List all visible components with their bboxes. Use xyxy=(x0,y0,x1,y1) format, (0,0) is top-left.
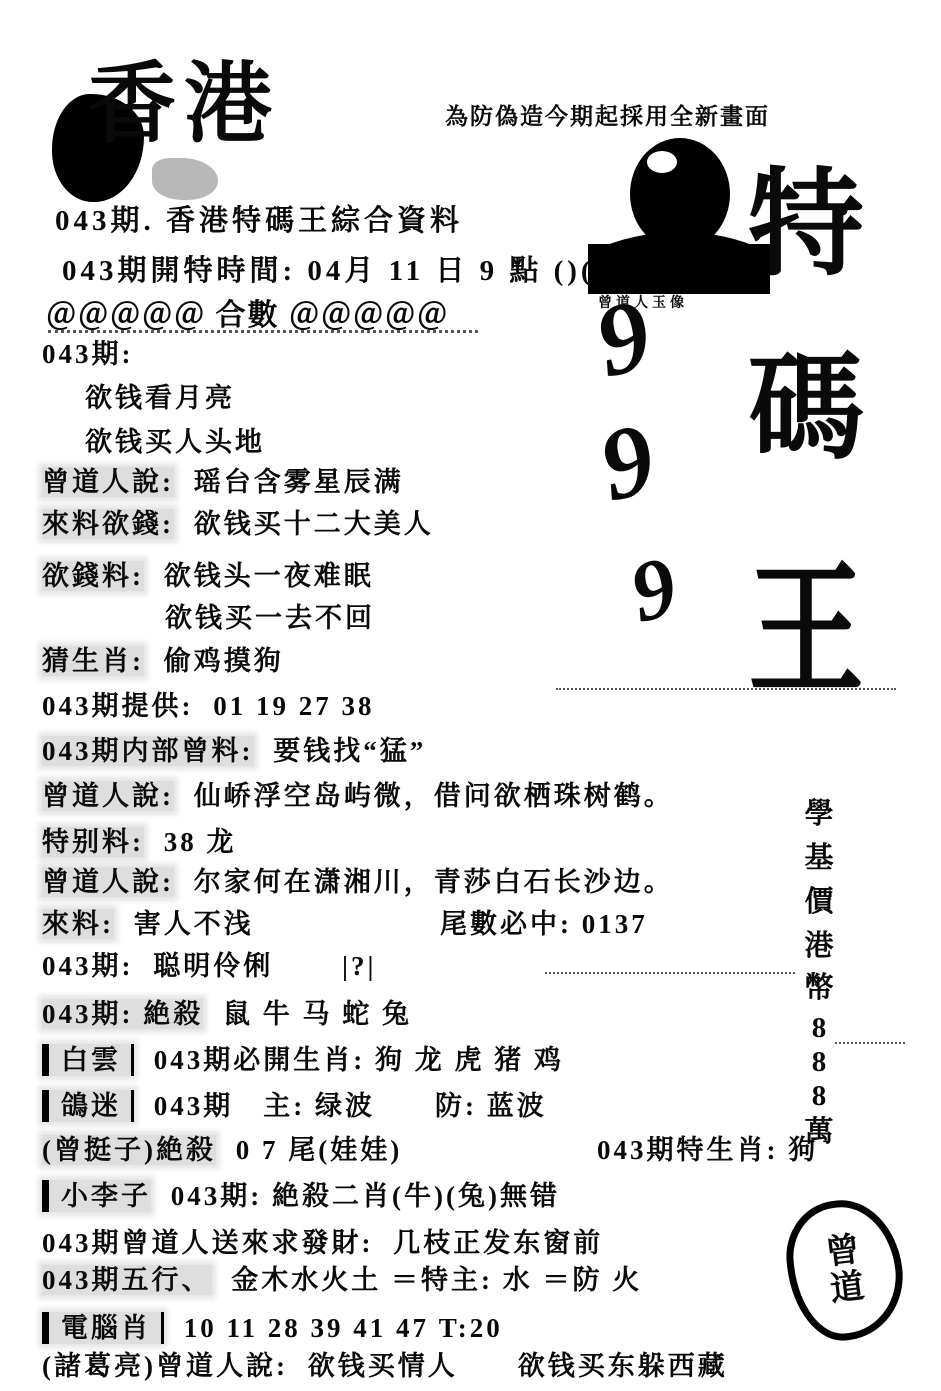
line-text: 38 龙 xyxy=(164,827,237,857)
content-line: 來料欲錢: 欲钱买十二大美人 xyxy=(42,508,434,540)
line-text: 0 7 尾(娃娃) xyxy=(236,1135,402,1165)
content-line: 欲錢料: 欲钱头一夜难眠 xyxy=(42,560,374,592)
sheet-title: 香港特碼王綜合資料 xyxy=(166,205,463,237)
content-line: 鴿迷 043期 主: 绿波 防: 蓝波 xyxy=(42,1090,547,1122)
line-label: 電腦肖 xyxy=(42,1312,164,1344)
content-line: 白雲 043期必開生肖: 狗 龙 虎 猪 鸡 xyxy=(42,1044,564,1076)
side-column-char: 學 xyxy=(796,800,842,829)
content-line: 來料: 害人不浅 尾數必中: 0137 xyxy=(42,908,254,940)
content-line: 欲钱买人头地 xyxy=(85,426,265,458)
anti-forgery-slogan: 為防偽造今期起採用全新畫面 xyxy=(445,98,770,131)
portrait-image xyxy=(588,136,770,294)
line-text: 欲钱看月亮 xyxy=(85,383,235,413)
line-text: 01 19 27 38 xyxy=(213,691,374,721)
content-line: 曾道人說: 尔家何在潇湘川，青莎白石长沙边。 xyxy=(42,866,674,898)
content-line: 欲钱看月亮 xyxy=(85,382,235,414)
side-column-char: 港 xyxy=(796,932,842,961)
tail-numbers-must-hit: 尾數必中: 0137 xyxy=(440,908,648,940)
line-label: 043期曾道人送來求發財: xyxy=(42,1228,374,1258)
line-text: 要钱找“猛” xyxy=(273,736,426,766)
line-text: 瑶台含雾星辰满 xyxy=(194,467,404,497)
special-zodiac: 043期特生肖: 狗 xyxy=(597,1134,818,1166)
scan-artifact-dots xyxy=(556,688,896,690)
side-column-char: 幣 xyxy=(796,974,842,1003)
content-line: (曾挺子)絶殺 0 7 尾(娃娃) 043期特生肖: 狗 xyxy=(42,1134,402,1166)
line-label: 鴿迷 xyxy=(42,1090,134,1122)
scan-artifact-dots xyxy=(545,972,795,974)
line-text: 仙峤浮空岛屿微，借问欲栖珠树鹤。 xyxy=(194,781,674,811)
line-label: 白雲 xyxy=(42,1044,134,1076)
line-text: 害人不浅 xyxy=(134,909,254,939)
portrait-silhouette xyxy=(588,136,770,294)
question-mark-box: |?| xyxy=(342,950,376,982)
content-line: 欲钱买一去不回 xyxy=(165,602,375,634)
line-label: 043期: xyxy=(42,339,134,369)
line-text: 尔家何在潇湘川，青莎白石长沙边。 xyxy=(194,867,674,897)
seal-char-1: 曾 xyxy=(824,1231,862,1272)
line-text: 欲钱头一夜难眠 xyxy=(164,561,374,591)
scan-artifact-dots xyxy=(835,1042,905,1044)
draw-time-label: 043期開特時間: xyxy=(62,255,296,287)
line-text: 欲钱买人头地 xyxy=(85,427,265,457)
title-line: 043期. 香港特碼王綜合資料 xyxy=(55,198,463,239)
line-text: 欲钱买一去不回 xyxy=(165,603,375,633)
content-line: 特别料: 38 龙 xyxy=(42,826,237,858)
line-label: 043期提供: xyxy=(42,691,194,721)
content-line: 曾道人說: 瑶台含雾星辰满 xyxy=(42,466,404,498)
draw-time-line: 043期開特時間: 04月 11 日 9 點 ()() 分 xyxy=(62,248,652,289)
content-line: 猜生肖: 偷鸡摸狗 xyxy=(42,645,284,677)
content-line: 043期提供: 01 19 27 38 xyxy=(42,690,375,722)
seal-char-2: 道 xyxy=(828,1268,866,1309)
line-text: 043期必開生肖: 狗 龙 虎 猪 鸡 xyxy=(154,1045,564,1075)
content-line: 043期: xyxy=(42,338,144,370)
nine-digit-2: 9 xyxy=(590,407,664,518)
masthead-logo: 香港 xyxy=(88,62,280,150)
line-text: 鼠 牛 马 蛇 兔 xyxy=(223,999,412,1029)
vertical-title-char-3: 王 xyxy=(748,561,864,706)
side-column-digit: 8 xyxy=(796,1048,842,1077)
at-symbols-left: ＠＠＠＠＠ xyxy=(46,299,206,332)
side-column-digit: 8 xyxy=(796,1082,842,1111)
line-label: (曾挺子)絶殺 xyxy=(42,1135,216,1165)
line-label: 曾道人說: xyxy=(42,867,174,897)
line-label: 043期: xyxy=(42,951,134,981)
ink-smudge xyxy=(152,158,218,200)
scanned-tip-sheet: 香港 為防偽造今期起採用全新畫面 043期. 香港特碼王綜合資料 043期開特時… xyxy=(0,0,941,1391)
line-label: 欲錢料: xyxy=(42,561,144,591)
content-line: 曾道人說: 仙峤浮空岛屿微，借问欲栖珠树鹤。 xyxy=(42,780,674,812)
content-line: (諸葛亮)曾道人說: 欲钱买情人 欲钱买东躲西藏 xyxy=(42,1350,728,1382)
line-label: 曾道人說: xyxy=(42,467,174,497)
line-label: 043期五行、 xyxy=(42,1265,212,1295)
line-label: 043期内部曾料: xyxy=(42,736,254,766)
line-label: 特别料: xyxy=(42,827,144,857)
content-line: 043期: 絶殺 鼠 牛 马 蛇 兔 xyxy=(42,998,412,1030)
line-text: 金木水火土 ＝特主: 水 ＝防 火 xyxy=(231,1265,642,1295)
line-label: 小李子 xyxy=(42,1180,151,1212)
content-line: 043期: 聪明伶俐 |?| xyxy=(42,950,273,982)
line-text: 043期 主: 绿波 防: 蓝波 xyxy=(154,1091,547,1121)
nine-digit-3: 9 xyxy=(622,542,685,636)
side-column-digit: 8 xyxy=(796,1014,842,1043)
line-text: 欲钱买十二大美人 xyxy=(194,509,434,539)
line-label: 來料: xyxy=(42,909,114,939)
content-line: 電腦肖 10 11 28 39 41 47 T:20 xyxy=(42,1312,503,1344)
scan-artifact-dots xyxy=(48,330,478,333)
at-symbols-right: ＠＠＠＠＠ xyxy=(289,299,449,332)
content-line: 043期曾道人送來求發財: 几枝正发东窗前 xyxy=(42,1227,603,1259)
line-text: 043期: 絶殺二肖(牛)(兔)無错 xyxy=(171,1181,560,1211)
line-text: 偷鸡摸狗 xyxy=(164,646,284,676)
line-text: 欲钱买情人 欲钱买东躲西藏 xyxy=(308,1351,728,1381)
zengdaoren-seal: 曾 道 xyxy=(780,1194,910,1347)
content-line: 043期内部曾料: 要钱找“猛” xyxy=(42,735,426,767)
line-label: (諸葛亮)曾道人說: xyxy=(42,1351,288,1381)
side-column-char: 基 xyxy=(796,844,842,873)
vertical-title-char-1: 特 xyxy=(748,168,864,284)
line-label: 曾道人說: xyxy=(42,781,174,811)
line-label: 猜生肖: xyxy=(42,646,144,676)
issue-label: 043期. xyxy=(55,205,155,237)
line-label: 043期: 絶殺 xyxy=(42,999,203,1029)
content-line: 小李子 043期: 絶殺二肖(牛)(兔)無错 xyxy=(42,1180,560,1212)
sum-label: 合數 xyxy=(216,299,280,332)
line-text: 聪明伶俐 xyxy=(153,951,273,981)
line-label: 來料欲錢: xyxy=(42,509,174,539)
at-symbol-row: ＠＠＠＠＠ 合數 ＠＠＠＠＠ xyxy=(46,290,449,334)
line-text: 10 11 28 39 41 47 T:20 xyxy=(184,1313,503,1343)
line-text: 几枝正发东窗前 xyxy=(393,1228,603,1258)
content-line: 043期五行、 金木水火土 ＝特主: 水 ＝防 火 xyxy=(42,1264,642,1296)
vertical-title-char-2: 碼 xyxy=(748,352,864,468)
side-column-char: 價 xyxy=(796,888,842,917)
